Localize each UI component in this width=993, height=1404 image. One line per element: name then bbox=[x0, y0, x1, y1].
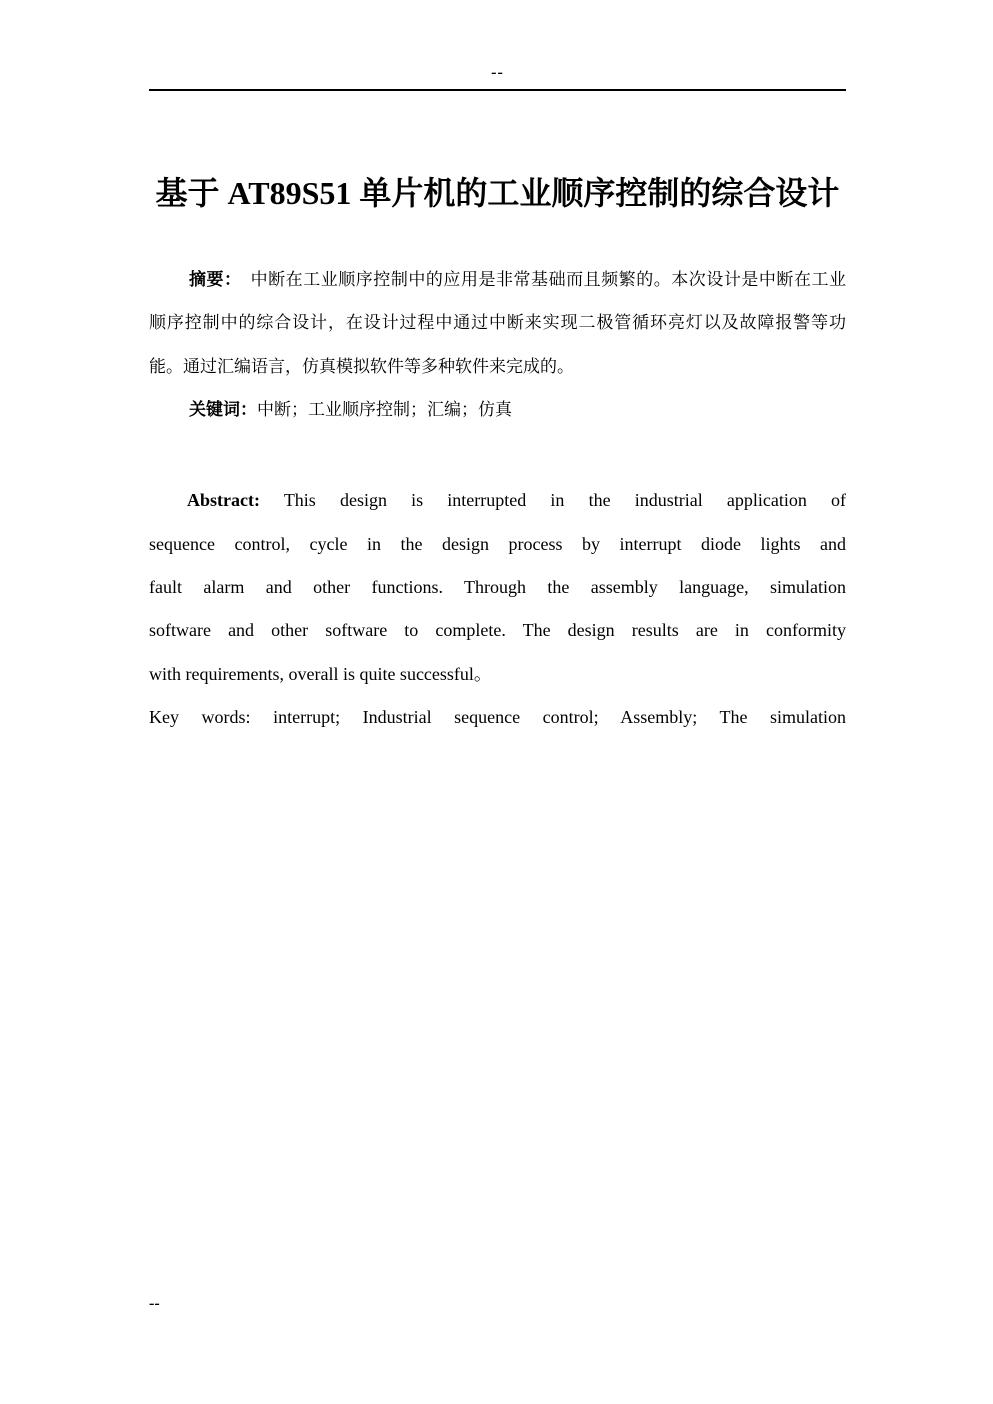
abstract-en-line-3: fault alarm and other functions. Through… bbox=[149, 566, 846, 609]
abstract-zh-line-2: 顺序控制中的综合设计，在设计过程中通过中断来实现二极管循环亮灯以及故障报警等功 bbox=[149, 301, 846, 344]
header-page-mark: -- bbox=[491, 64, 504, 82]
keywords-zh-line: 关键词：中断；工业顺序控制；汇编；仿真 bbox=[149, 388, 846, 431]
blank-line bbox=[149, 431, 846, 474]
footer-page-mark: -- bbox=[149, 1295, 160, 1312]
abstract-en-line-2: sequence control, cycle in the design pr… bbox=[149, 523, 846, 566]
document-title: 基于 AT89S51 单片机的工业顺序控制的综合设计 bbox=[149, 170, 846, 216]
abstract-zh-line-3: 能。通过汇编语言，仿真模拟软件等多种软件来完成的。 bbox=[149, 345, 846, 388]
abstract-en-label: Abstract: bbox=[187, 490, 260, 510]
page-header: -- bbox=[149, 50, 846, 91]
document-body: 摘要： 中断在工业顺序控制中的应用是非常基础而且频繁的。本次设计是中断在工业 顺… bbox=[149, 258, 846, 739]
abstract-zh-line-1: 摘要： 中断在工业顺序控制中的应用是非常基础而且频繁的。本次设计是中断在工业 bbox=[149, 258, 846, 301]
abstract-en-block: Abstract: This design is interrupted in … bbox=[149, 479, 846, 739]
keywords-en-line: Key words: interrupt; Industrial sequenc… bbox=[149, 696, 846, 739]
abstract-zh-text-1: 中断在工业顺序控制中的应用是非常基础而且频繁的。本次设计是中断在工业 bbox=[233, 270, 846, 289]
abstract-en-line-1: Abstract: This design is interrupted in … bbox=[149, 479, 846, 522]
abstract-zh-label: 摘要： bbox=[189, 270, 233, 289]
abstract-en-line-5: with requirements, overall is quite succ… bbox=[149, 653, 846, 696]
keywords-zh-text: 中断；工业顺序控制；汇编；仿真 bbox=[257, 400, 512, 419]
abstract-en-line-4: software and other software to complete.… bbox=[149, 609, 846, 652]
document-page: -- 基于 AT89S51 单片机的工业顺序控制的综合设计 摘要： 中断在工业顺… bbox=[0, 0, 993, 1404]
abstract-en-text-1: This design is interrupted in the indust… bbox=[260, 490, 846, 510]
page-footer: -- bbox=[149, 1294, 160, 1314]
keywords-zh-label: 关键词： bbox=[189, 400, 257, 419]
